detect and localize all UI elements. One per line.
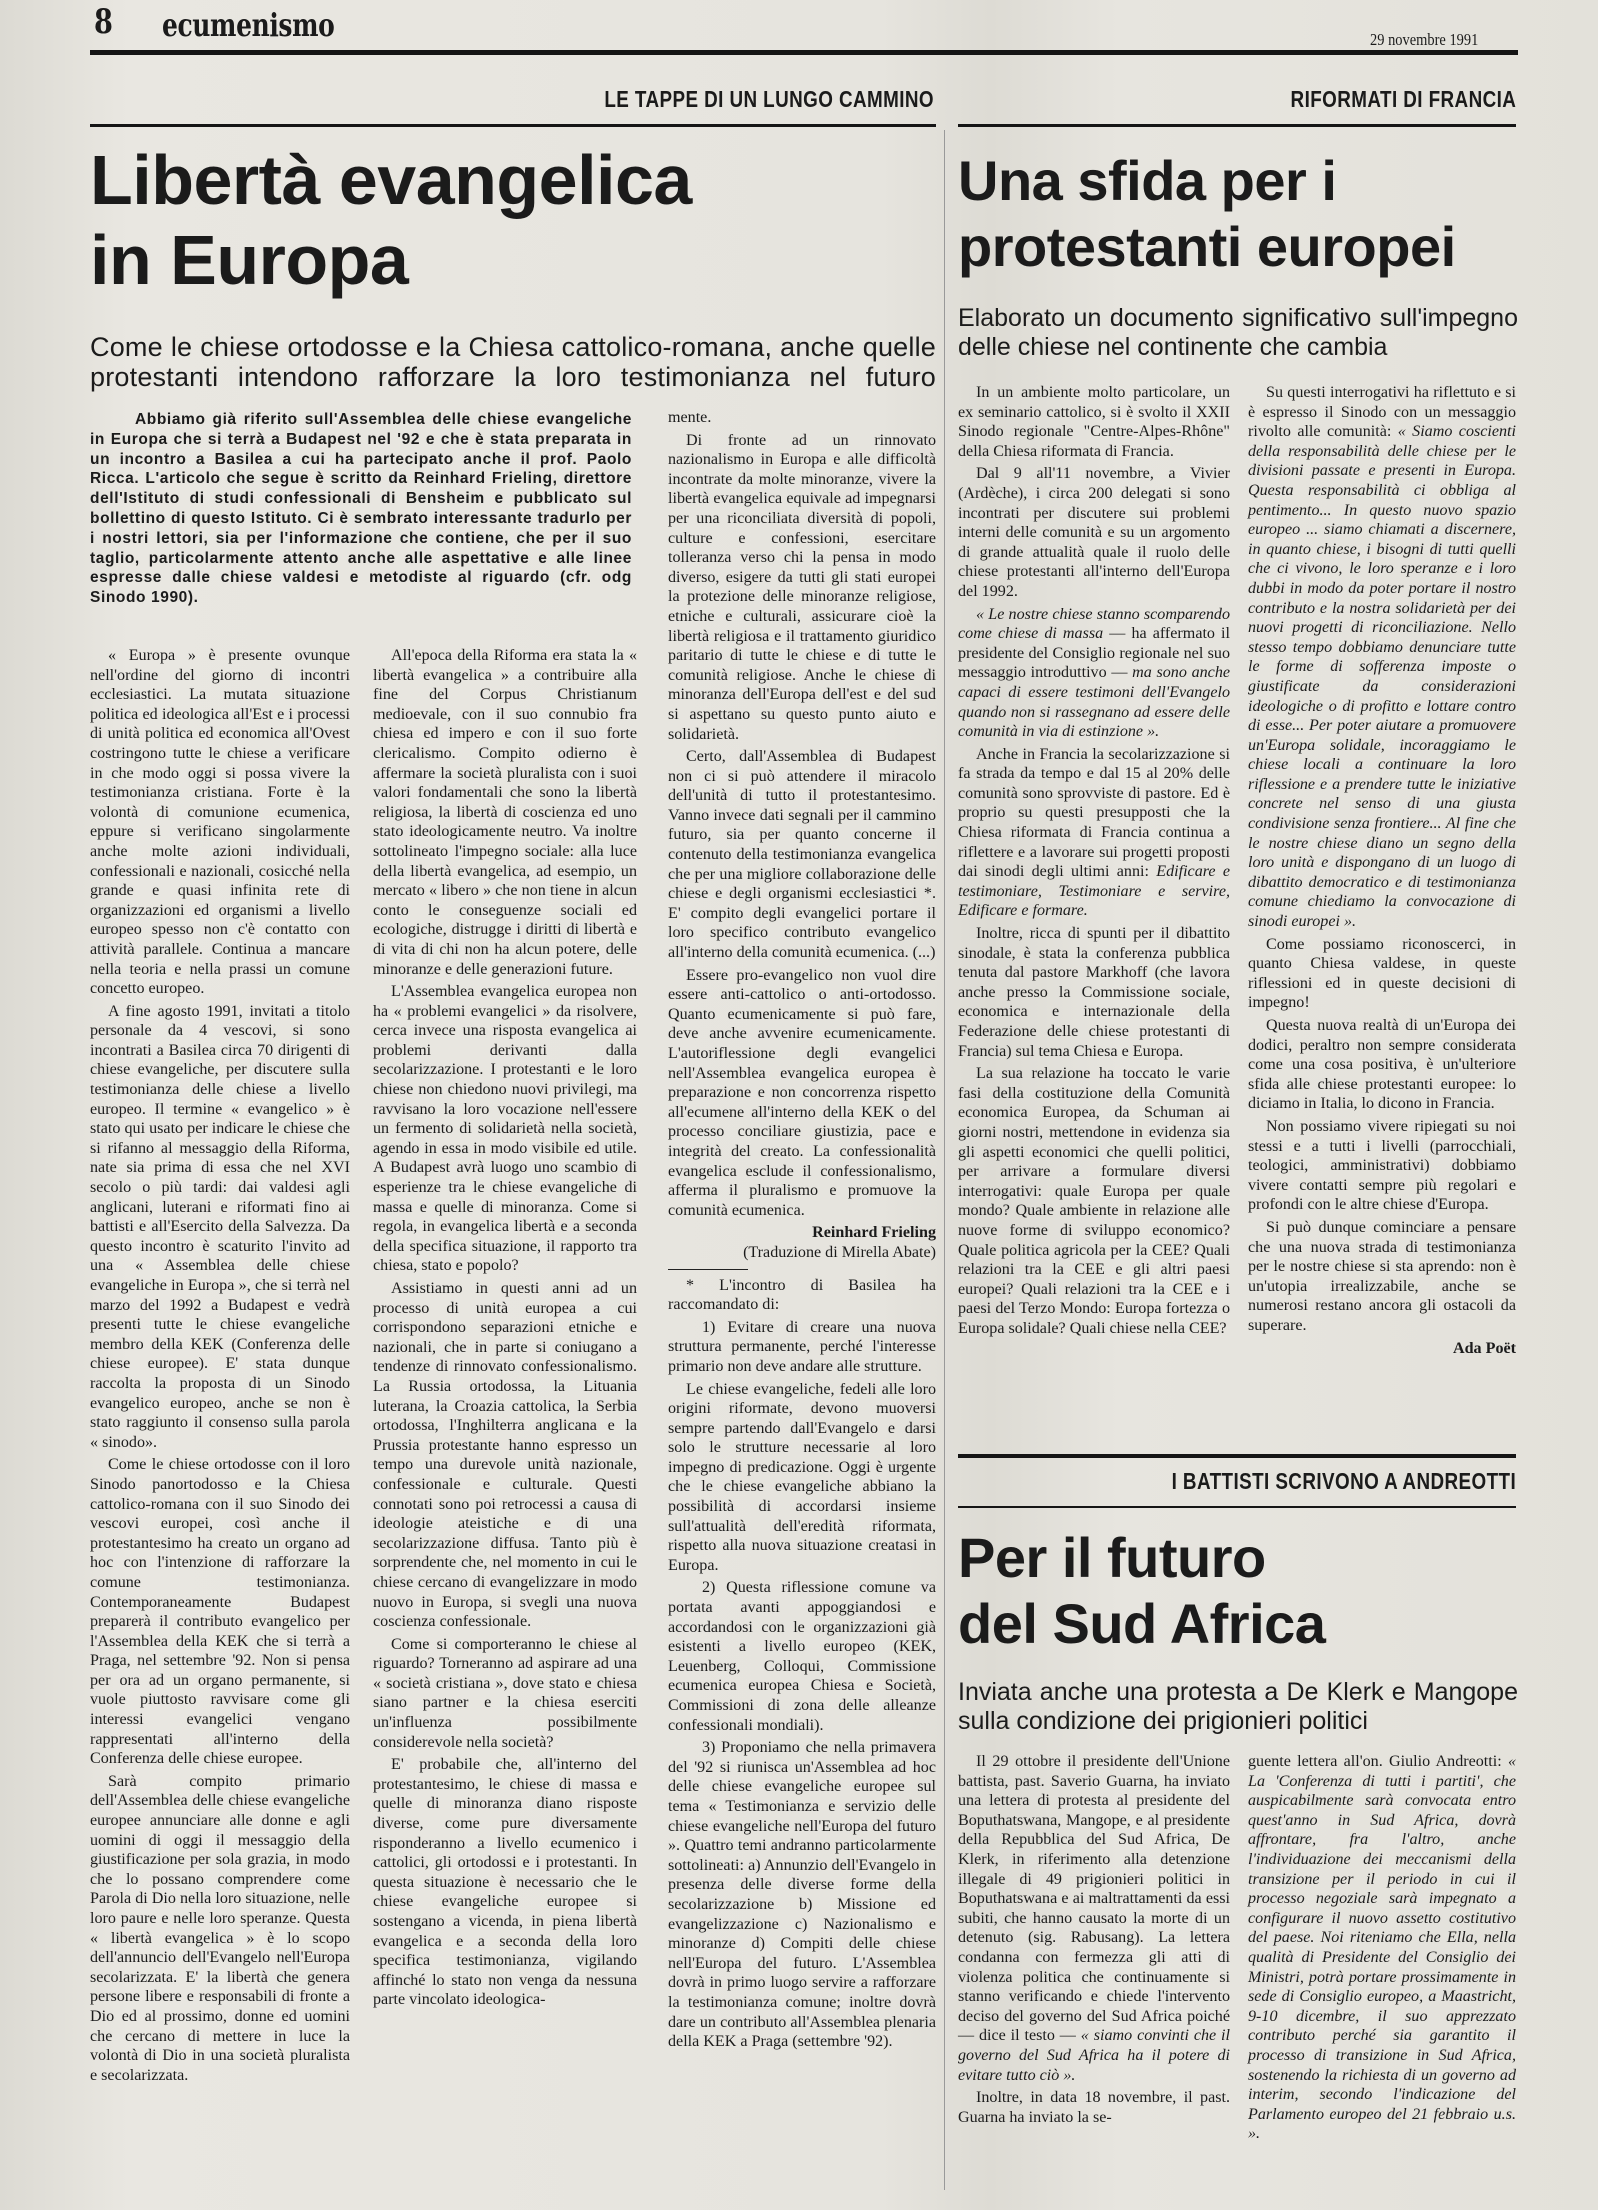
paragraph: Si può dunque cominciare a pensare che u… [1248,1218,1516,1336]
article3-column-1: Il 29 ottobre il presidente dell'Unione … [958,1752,1230,2130]
paragraph: A fine agosto 1991, invitati a titolo pe… [90,1002,350,1453]
article2-column-2: Su questi interrogativi ha riflettuto e … [1248,383,1516,1358]
text: Il 29 ottobre il presidente dell'Unione … [958,1753,1230,2044]
author-signature: Ada Poët [1248,1339,1516,1359]
paragraph: Certo, dall'Assemblea di Budapest non ci… [668,747,936,963]
paragraph: Questa nuova realtà di un'Europa dei dod… [1248,1016,1516,1114]
masthead-rule [90,50,1518,55]
paragraph: mente. [668,408,936,428]
paragraph: La sua relazione ha toccato le varie fas… [958,1064,1230,1338]
paragraph: Anche in Francia la secolarizzazione si … [958,745,1230,921]
paragraph: E' probabile che, all'interno del protes… [373,1755,637,2010]
article1-kicker: LE TAPPE DI UN LUNGO CAMMINO [604,86,934,113]
article1-headline: Libertà evangelica in Europa [90,140,692,300]
article2-column-1: In un ambiente molto particolare, un ex … [958,383,1230,1342]
paragraph: Dal 9 all'11 novembre, a Vivier (Ardèche… [958,464,1230,601]
headline-line: Per il futuro [958,1525,1325,1591]
article1-deck: Come le chiese ortodosse e la Chiesa cat… [90,332,936,392]
paragraph: L'Assemblea evangelica europea non ha « … [373,982,637,1276]
footnote-item: 2) Questa riflessione comune va portata … [668,1578,936,1735]
article1-column-2: All'epoca della Riforma era stata la « l… [373,646,637,2013]
intro-paragraph: Abbiamo già riferito sull'Assemblea dell… [90,410,632,608]
paragraph: Come si comporteranno le chiese al rigua… [373,1635,637,1753]
footnote-intro: * L'incontro di Basilea ha raccomandato … [668,1276,936,1315]
newspaper-page: { "masthead": { "page_number": "8", "sec… [0,0,1598,2210]
article3-headline: Per il futuro del Sud Africa [958,1525,1325,1657]
article3-column-2: guente lettera all'on. Giulio Andreotti:… [1248,1752,1516,2147]
article1-column-3: mente. Di fronte ad un rinnovato naziona… [668,408,936,2055]
footnote-item: Le chiese evangeliche, fedeli alle loro … [668,1380,936,1576]
paragraph: Il 29 ottobre il presidente dell'Unione … [958,1752,1230,2085]
footnote-rule [668,1269,748,1270]
article1-column-1: « Europa » è presente ovunque nell'ordin… [90,646,350,2088]
paragraph: « Le nostre chiese stanno scomparendo co… [958,605,1230,742]
paragraph: In un ambiente molto particolare, un ex … [958,383,1230,461]
article3-kicker: I BATTISTI SCRIVONO A ANDREOTTI [1171,1468,1516,1495]
article2-kicker: RIFORMATI DI FRANCIA [1290,86,1516,113]
headline-line: in Europa [90,220,692,300]
paragraph: All'epoca della Riforma era stata la « l… [373,646,637,979]
headline-line: Libertà evangelica [90,140,692,220]
article2-headline: Una sfida per i protestanti europei [958,148,1456,280]
paragraph: « Europa » è presente ovunque nell'ordin… [90,646,350,999]
headline-line: Una sfida per i [958,148,1456,214]
paragraph: guente lettera all'on. Giulio Andreotti:… [1248,1752,1516,2144]
article2-deck: Elaborato un documento significativo sul… [958,304,1518,362]
paragraph: Inoltre, ricca di spunti per il dibattit… [958,924,1230,1061]
paragraph: Essere pro-evangelico non vuol dire esse… [668,966,936,1221]
footnote-item: 3) Proponiamo che nella primavera del '9… [668,1738,936,2052]
text: guente lettera all'on. Giulio Andreotti: [1248,1753,1508,1770]
paragraph: Non possiamo vivere ripiegati su noi ste… [1248,1117,1516,1215]
article1-intro: Abbiamo già riferito sull'Assemblea dell… [90,410,632,608]
kicker-rule-left [90,124,936,127]
paragraph: Di fronte ad un rinnovato nazionalismo i… [668,431,936,745]
kicker-rule-right [958,124,1516,127]
paragraph: Assistiamo in questi anni ad un processo… [373,1279,637,1632]
paragraph: Come possiamo riconoscerci, in quanto Ch… [1248,935,1516,1013]
text: Anche in Francia la secolarizzazione si … [958,746,1230,881]
article3-top-rule [958,1454,1516,1458]
section-title: ecumenismo [162,6,334,44]
paragraph: Inoltre, in data 18 novembre, il past. G… [958,2088,1230,2127]
page-number: 8 [94,2,113,42]
quote: « La 'Conferenza di tutti i partiti', ch… [1248,1753,1516,2142]
author-signature: Reinhard Frieling [668,1223,936,1243]
issue-date: 29 novembre 1991 [1370,30,1478,50]
paragraph: Come le chiese ortodosse con il loro Sin… [90,1455,350,1769]
translator-credit: (Traduzione di Mirella Abate) [668,1243,936,1263]
headline-line: del Sud Africa [958,1591,1325,1657]
article3-deck: Inviata anche una protesta a De Klerk e … [958,1678,1518,1736]
footnote-item: 1) Evitare di creare una nuova struttura… [668,1318,936,1377]
paragraph: Sarà compito primario dell'Assemblea del… [90,1772,350,2086]
footnote: * L'incontro di Basilea ha raccomandato … [668,1276,936,2052]
paragraph: Su questi interrogativi ha riflettuto e … [1248,383,1516,932]
article3-kicker-rule [958,1506,1516,1508]
headline-line: protestanti europei [958,214,1456,280]
quote: « Siamo coscienti della responsabilità d… [1248,423,1516,930]
column-separator [944,130,945,2190]
